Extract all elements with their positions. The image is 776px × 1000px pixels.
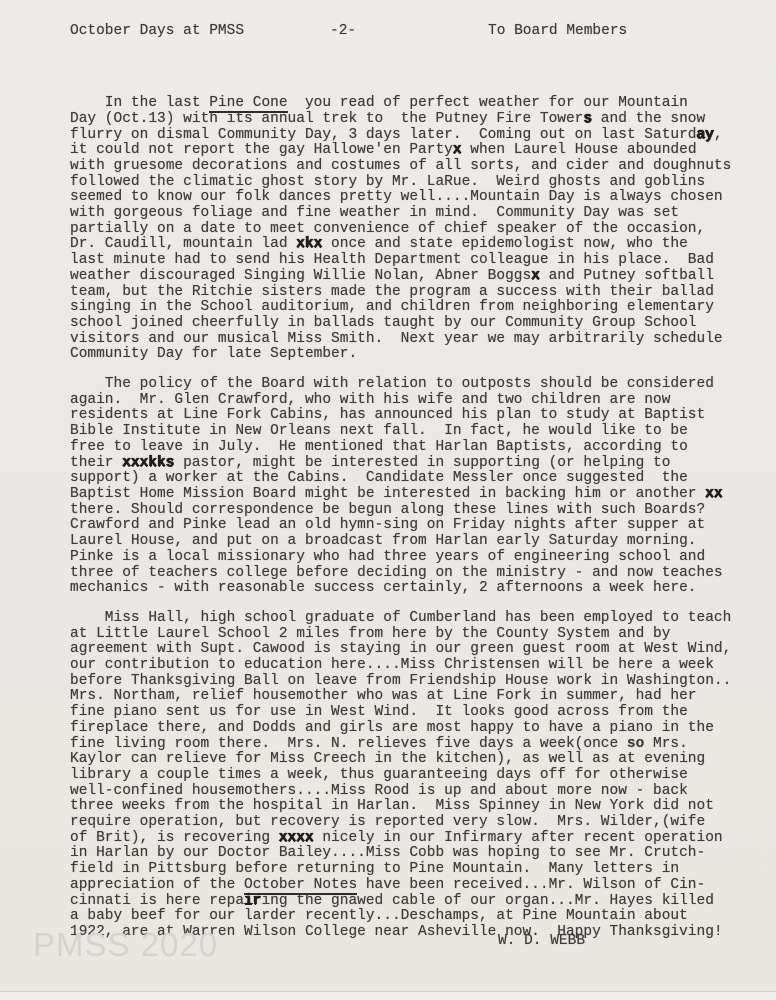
text-line: it could not report the gay Hallowe'en P…: [70, 143, 760, 159]
text-segment: their: [70, 455, 122, 471]
text-segment: seemed to know our folk dances pretty we…: [70, 189, 723, 205]
text-line: well-confined housemothers....Miss Rood …: [70, 784, 760, 800]
text-segment: require operation, but recovery is repor…: [70, 814, 705, 830]
overtyped-text: xxxx: [279, 830, 314, 846]
text-segment: pastor, might be interested in supportin…: [174, 455, 670, 471]
overtyped-text: x: [453, 142, 462, 158]
paragraph: In the last Pine Cone you read of perfec…: [70, 96, 760, 363]
text-line: Kaylor can relieve for Miss Creech in th…: [70, 752, 760, 768]
signature: W. D. WEBB: [498, 934, 760, 950]
text-line: in Harlan by our Doctor Bailey....Miss C…: [70, 846, 760, 862]
text-segment: three of teachers college before decidin…: [70, 565, 723, 581]
text-line: support) a worker at the Cabins. Candida…: [70, 471, 760, 487]
overtyped-text: ay: [697, 127, 714, 143]
text-segment: Kaylor can relieve for Miss Creech in th…: [70, 751, 705, 767]
text-line: Miss Hall, high school graduate of Cumbe…: [70, 611, 760, 627]
text-segment: Dr. Caudill, mountain lad: [70, 236, 296, 252]
text-segment: Laurel House, and put on a broadcast fro…: [70, 533, 697, 549]
text-segment: well-confined housemothers....Miss Rood …: [70, 783, 688, 799]
text-segment: followed the climatic ghost story by Mr.…: [70, 174, 705, 190]
text-line: fine living room there. Mrs. N. relieves…: [70, 737, 760, 753]
text-line: field in Pittsburg before returning to P…: [70, 862, 760, 878]
text-segment: mechanics - with reasonable success cert…: [70, 580, 697, 596]
text-line: require operation, but recovery is repor…: [70, 815, 760, 831]
text-line: last minute had to send his Health Depar…: [70, 253, 760, 269]
text-segment: The policy of the Board with relation to…: [70, 376, 714, 392]
text-segment: it could not report the gay Hallowe'en P…: [70, 142, 453, 158]
text-segment: have been received...Mr. Wilson of Cin-: [357, 877, 705, 893]
text-segment: our contribution to education here....Mi…: [70, 657, 714, 673]
text-line: team, but the Ritchie sisters made the p…: [70, 285, 760, 301]
overtyped-text: xxxkks: [122, 455, 174, 471]
text-line: In the last Pine Cone you read of perfec…: [70, 96, 760, 112]
overtyped-text: x: [531, 268, 540, 284]
text-line: flurry on dismal Community Day, 3 days l…: [70, 128, 760, 144]
text-segment: Community Day for late September.: [70, 346, 357, 362]
text-segment: agreement with Supt. Cawood is staying i…: [70, 641, 731, 657]
page-number: -2-: [330, 24, 356, 40]
text-line: at Little Laurel School 2 miles from her…: [70, 627, 760, 643]
text-segment: support) a worker at the Cabins. Candida…: [70, 470, 688, 486]
text-line: fine piano sent us for use in West Wind.…: [70, 705, 760, 721]
text-line: Laurel House, and put on a broadcast fro…: [70, 534, 760, 550]
text-segment: in Harlan by our Doctor Bailey....Miss C…: [70, 845, 705, 861]
text-line: their xxxkks pastor, might be interested…: [70, 456, 760, 472]
text-segment: partially on a date to meet convenience …: [70, 221, 705, 237]
text-segment: weather discouraged Singing Willie Nolan…: [70, 268, 531, 284]
text-segment: appreciation of the: [70, 877, 244, 893]
text-segment: you read of perfect weather for our Moun…: [288, 95, 688, 111]
text-line: Baptist Home Mission Board might be inte…: [70, 487, 760, 503]
text-segment: residents at Line Fork Cabins, has annou…: [70, 407, 705, 423]
text-segment: nicely in our Infirmary after recent ope…: [314, 830, 723, 846]
text-segment: last minute had to send his Health Depar…: [70, 252, 714, 268]
text-segment: and Putney softball: [540, 268, 714, 284]
text-segment: Mrs.: [644, 736, 688, 752]
text-line: followed the climatic ghost story by Mr.…: [70, 175, 760, 191]
text-line: residents at Line Fork Cabins, has annou…: [70, 408, 760, 424]
text-segment: visitors and our musical Miss Smith. Nex…: [70, 331, 723, 347]
text-segment: fireplace there, and Dodds and girls are…: [70, 720, 714, 736]
text-line: Day (Oct.13) with its annual trek to the…: [70, 112, 760, 128]
text-line: agreement with Supt. Cawood is staying i…: [70, 642, 760, 658]
text-segment: with gruesome decorations and costumes o…: [70, 158, 731, 174]
text-line: visitors and our musical Miss Smith. Nex…: [70, 332, 760, 348]
text-segment: Bible Institute in New Orleans next fall…: [70, 423, 688, 439]
overtyped-text: s: [583, 111, 592, 127]
text-line: Community Day for late September.: [70, 347, 760, 363]
text-segment: there. Should correspondence be begun al…: [70, 502, 705, 518]
paragraph: The policy of the Board with relation to…: [70, 377, 760, 597]
text-segment: fine piano sent us for use in West Wind.…: [70, 704, 688, 720]
scanned-page: October Days at PMSS -2- To Board Member…: [0, 0, 776, 1000]
text-line: three weeks from the hospital in Harlan.…: [70, 799, 760, 815]
text-line: The policy of the Board with relation to…: [70, 377, 760, 393]
overtyped-text: xx: [705, 486, 722, 502]
text-line: Pinke is a local missionary who had thre…: [70, 550, 760, 566]
text-line: seemed to know our folk dances pretty we…: [70, 190, 760, 206]
text-line: library a couple times a week, thus guar…: [70, 768, 760, 784]
text-line: Bible Institute in New Orleans next fall…: [70, 424, 760, 440]
overtyped-text: xkx: [296, 236, 322, 252]
document-body: In the last Pine Cone you read of perfec…: [70, 49, 760, 955]
text-segment: Pinke is a local missionary who had thre…: [70, 549, 705, 565]
text-segment: of Brit), is recovering: [70, 830, 279, 846]
text-segment: Miss Hall, high school graduate of Cumbe…: [70, 610, 731, 626]
text-segment: Mrs. Northam, relief housemother who was…: [70, 688, 697, 704]
text-line: singing in the School auditorium, and ch…: [70, 300, 760, 316]
text-segment: before Thanksgiving Ball on leave from F…: [70, 673, 731, 689]
text-line: Crawford and Pinke lead an old hymn-sing…: [70, 518, 760, 534]
text-line: free to leave in July. He mentioned that…: [70, 440, 760, 456]
text-segment: Crawford and Pinke lead an old hymn-sing…: [70, 517, 705, 533]
text-segment: singing in the School auditorium, and ch…: [70, 299, 714, 315]
text-line: three of teachers college before decidin…: [70, 566, 760, 582]
text-segment: fine living room there. Mrs. N. relieves…: [70, 736, 627, 752]
text-segment: free to leave in July. He mentioned that…: [70, 439, 688, 455]
text-segment: so: [627, 736, 644, 752]
text-segment: Day (Oct.13) with its annual trek to the…: [70, 111, 583, 127]
text-line: Dr. Caudill, mountain lad xkx once and s…: [70, 237, 760, 253]
text-segment: In the last: [70, 95, 209, 111]
text-line: fireplace there, and Dodds and girls are…: [70, 721, 760, 737]
doc-title-left: October Days at PMSS: [70, 24, 244, 40]
text-segment: team, but the Ritchie sisters made the p…: [70, 284, 714, 300]
text-segment: with gorgeous foliage and fine weather i…: [70, 205, 679, 221]
paragraph: Miss Hall, high school graduate of Cumbe…: [70, 611, 760, 941]
text-line: appreciation of the October Notes have b…: [70, 878, 760, 894]
text-segment: once and state epidemologist now, who th…: [322, 236, 687, 252]
text-segment: school joined cheerfully in ballads taug…: [70, 315, 697, 331]
text-line: weather discouraged Singing Willie Nolan…: [70, 269, 760, 285]
text-segment: field in Pittsburg before returning to P…: [70, 861, 679, 877]
text-line: with gruesome decorations and costumes o…: [70, 159, 760, 175]
watermark: PMSS 2020: [33, 926, 218, 964]
text-line: with gorgeous foliage and fine weather i…: [70, 206, 760, 222]
text-line: mechanics - with reasonable success cert…: [70, 581, 760, 597]
text-segment: again. Mr. Glen Crawford, who with his w…: [70, 392, 670, 408]
text-segment: at Little Laurel School 2 miles from her…: [70, 626, 670, 642]
doc-title-right: To Board Members: [488, 24, 627, 40]
text-line: school joined cheerfully in ballads taug…: [70, 316, 760, 332]
text-segment: library a couple times a week, thus guar…: [70, 767, 688, 783]
text-segment: Baptist Home Mission Board might be inte…: [70, 486, 705, 502]
text-line: Mrs. Northam, relief housemother who was…: [70, 689, 760, 705]
text-segment: three weeks from the hospital in Harlan.…: [70, 798, 714, 814]
text-segment: when Laurel House abounded: [462, 142, 697, 158]
text-segment: ,: [714, 127, 723, 143]
text-segment: flurry on dismal Community Day, 3 days l…: [70, 127, 697, 143]
scan-edge-line: [0, 991, 776, 1000]
text-line: our contribution to education here....Mi…: [70, 658, 760, 674]
text-segment: and the snow: [592, 111, 705, 127]
